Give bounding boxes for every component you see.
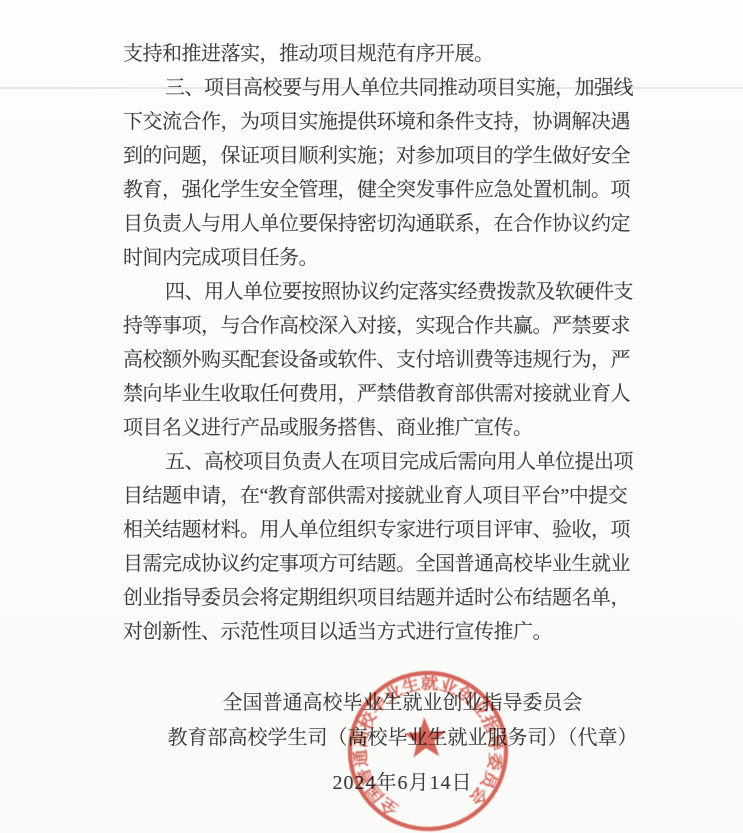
text-line: 持等事项，与合作高校深入对接，实现合作共赢。严禁要求 [123, 309, 635, 343]
text-line: 禁向毕业生收取任何费用，严禁借教育部供需对接就业育人 [123, 377, 635, 411]
document-date: 2024年6月14日 [150, 766, 655, 801]
signing-org-department: 教育部高校学生司（高校毕业生就业服务司）（代章） [150, 721, 655, 756]
text-line: 到的问题，保证项目顺利实施；对参加项目的学生做好安全 [123, 139, 635, 173]
text-line: 目需完成协议约定事项方可结题。全国普通高校毕业生就业 [123, 547, 635, 581]
text-line: 相关结题材料。用人单位组织专家进行项目评审、验收，项 [123, 513, 635, 547]
document-page: 支持和推进落实，推动项目规范有序开展。 三、项目高校要与用人单位共同推动项目实施… [0, 0, 743, 833]
text-line: 五、高校项目负责人在项目完成后需向用人单位提出项 [123, 445, 635, 479]
signature-block: 全国普通高校毕业生就业创业指导委员会 教育部高校学生司（高校毕业生就业服务司）（… [150, 686, 655, 801]
document-body: 支持和推进落实，推动项目规范有序开展。 三、项目高校要与用人单位共同推动项目实施… [123, 37, 635, 649]
text-line: 高校额外购买配套设备或软件、支付培训费等违规行为，严 [123, 343, 635, 377]
text-line: 创业指导委员会将定期组织项目结题并适时公布结题名单， [123, 581, 635, 615]
text-line: 对创新性、示范性项目以适当方式进行宣传推广。 [123, 615, 635, 649]
text-line: 教育，强化学生安全管理，健全突发事件应急处置机制。项 [123, 173, 635, 207]
signing-org-committee: 全国普通高校毕业生就业创业指导委员会 [150, 686, 655, 721]
text-line: 目结题申请，在“教育部供需对接就业育人项目平台”中提交 [123, 479, 635, 513]
text-line: 四、用人单位要按照协议约定落实经费拨款及软硬件支 [123, 275, 635, 309]
text-line: 项目名义进行产品或服务搭售、商业推广宣传。 [123, 411, 635, 445]
text-line: 时间内完成项目任务。 [123, 241, 635, 275]
text-line: 目负责人与用人单位要保持密切沟通联系，在合作协议约定 [123, 207, 635, 241]
text-line: 三、项目高校要与用人单位共同推动项目实施，加强线 [123, 71, 635, 105]
text-line: 支持和推进落实，推动项目规范有序开展。 [123, 37, 635, 71]
text-line: 下交流合作，为项目实施提供环境和条件支持，协调解决遇 [123, 105, 635, 139]
